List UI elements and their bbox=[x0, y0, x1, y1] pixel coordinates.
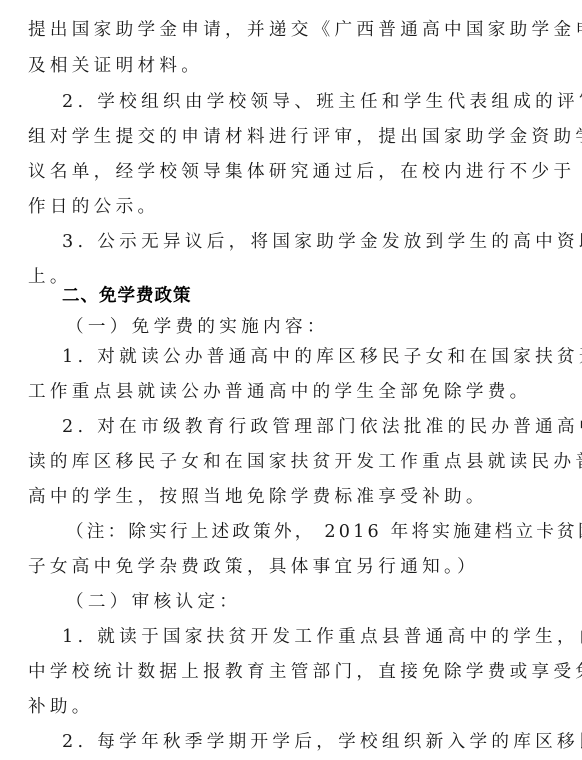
paragraph-line: 中学校统计数据上报教育主管部门，直接免除学费或享受免学费 bbox=[28, 659, 558, 685]
paragraph-line: 子女高中免学杂费政策，具体事宜另行通知。） bbox=[28, 554, 558, 580]
list-item-3-line: 3. 公示无异议后，将国家助学金发放到学生的高中资助卡 bbox=[62, 229, 558, 255]
paragraph-line: 作日的公示。 bbox=[28, 194, 558, 220]
list-item-2-line: 2. 对在市级教育行政管理部门依法批准的民办普通高中就 bbox=[62, 414, 558, 440]
section-heading: 二、免学费政策 bbox=[62, 283, 558, 309]
list-item-1-line: 1. 对就读公办普通高中的库区移民子女和在国家扶贫开发 bbox=[62, 344, 558, 370]
paragraph-line: 工作重点县就读公办普通高中的学生全部免除学费。 bbox=[28, 379, 558, 405]
paragraph-line: 补助。 bbox=[28, 694, 558, 720]
sub-heading: （一）免学费的实施内容： bbox=[66, 314, 562, 340]
paragraph-line: 及相关证明材料。 bbox=[28, 53, 558, 79]
list-item-2-line: 2. 每学年秋季学期开学后，学校组织新入学的库区移民子 bbox=[62, 729, 558, 755]
paragraph-line: 高中的学生，按照当地免除学费标准享受补助。 bbox=[28, 484, 558, 510]
list-item-2-line: 2. 学校组织由学校领导、班主任和学生代表组成的评审小 bbox=[62, 89, 558, 115]
paragraph-line: 组对学生提交的申请材料进行评审，提出国家助学金资助学生建 bbox=[28, 124, 558, 150]
paragraph-line: 提出国家助学金申请，并递交《广西普通高中国家助学金申请表》 bbox=[28, 17, 558, 43]
paragraph-line: 议名单，经学校领导集体研究通过后，在校内进行不少于 5 个工 bbox=[28, 159, 558, 185]
sub-heading: （二）审核认定： bbox=[66, 589, 562, 615]
paragraph-line: 读的库区移民子女和在国家扶贫开发工作重点县就读民办普通 bbox=[28, 449, 558, 475]
list-item-1-line: 1. 就读于国家扶贫开发工作重点县普通高中的学生，由高 bbox=[62, 624, 558, 650]
note-line: （注：除实行上述政策外， 2016 年将实施建档立卡贫困户 bbox=[66, 519, 562, 545]
document-page: 提出国家助学金申请，并递交《广西普通高中国家助学金申请表》 及相关证明材料。 2… bbox=[0, 0, 582, 760]
